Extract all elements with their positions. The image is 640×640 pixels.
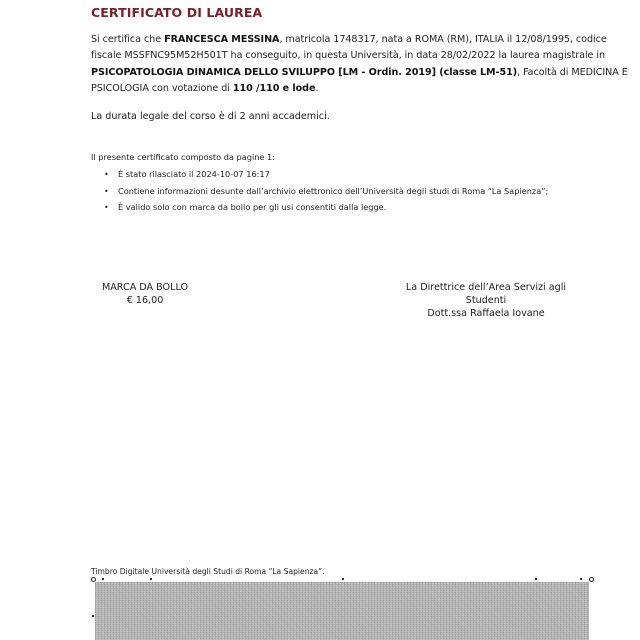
course-duration: La durata legale del corso è di 2 anni a…	[91, 110, 330, 124]
note-validity: È valido solo con marca da bollo per gli…	[118, 202, 386, 212]
bullet-icon: •	[104, 167, 118, 184]
stamp-tick-icon	[342, 578, 344, 580]
certificate-notes-list: •È stato rilasciato il 2024-10-07 16:17 …	[104, 166, 548, 216]
digital-stamp-barcode	[95, 582, 589, 640]
stamp-tick-icon	[92, 615, 94, 617]
bullet-icon: •	[104, 200, 118, 217]
list-item: •È valido solo con marca da bollo per gl…	[104, 199, 548, 216]
stamp-tick-icon	[102, 578, 104, 580]
signatory-role: La Direttrice dell’Area Servizi agli Stu…	[386, 281, 586, 307]
list-item: •Contiene informazioni desunte dall’arch…	[104, 183, 548, 200]
note-issued: È stato rilasciato il 2024-10-07 16:17	[118, 169, 270, 179]
final-grade: 110 /110 e lode	[233, 83, 316, 94]
certificate-title: CERTIFICATO DI LAUREA	[91, 5, 262, 20]
signature-block: La Direttrice dell’Area Servizi agli Stu…	[386, 281, 586, 320]
list-item: •È stato rilasciato il 2024-10-07 16:17	[104, 166, 548, 183]
stamp-corner-marker-icon	[589, 577, 594, 582]
composition-note: Il presente certificato composto da pagi…	[91, 152, 275, 162]
stamp-duty-label: MARCA DA BOLLO	[95, 281, 195, 294]
body-intro: Si certifica che	[91, 34, 164, 45]
signatory-name: Dott.ssa Raffaela Iovane	[386, 307, 586, 320]
digital-stamp-label: Timbro Digitale Università degli Studi d…	[91, 567, 325, 576]
stamp-tick-icon	[580, 578, 582, 580]
bullet-icon: •	[104, 184, 118, 201]
note-source: Contiene informazioni desunte dall’archi…	[118, 186, 548, 196]
degree-name: PSICOPATOLOGIA DINAMICA DELLO SVILUPPO […	[91, 67, 517, 78]
stamp-duty-block: MARCA DA BOLLO € 16,00	[95, 281, 195, 307]
certificate-body: Si certifica che FRANCESCA MESSINA, matr…	[91, 32, 631, 97]
graduate-name: FRANCESCA MESSINA	[164, 34, 279, 45]
stamp-tick-icon	[150, 578, 152, 580]
body-end: .	[315, 83, 318, 94]
stamp-tick-icon	[535, 578, 537, 580]
stamp-duty-amount: € 16,00	[95, 294, 195, 307]
